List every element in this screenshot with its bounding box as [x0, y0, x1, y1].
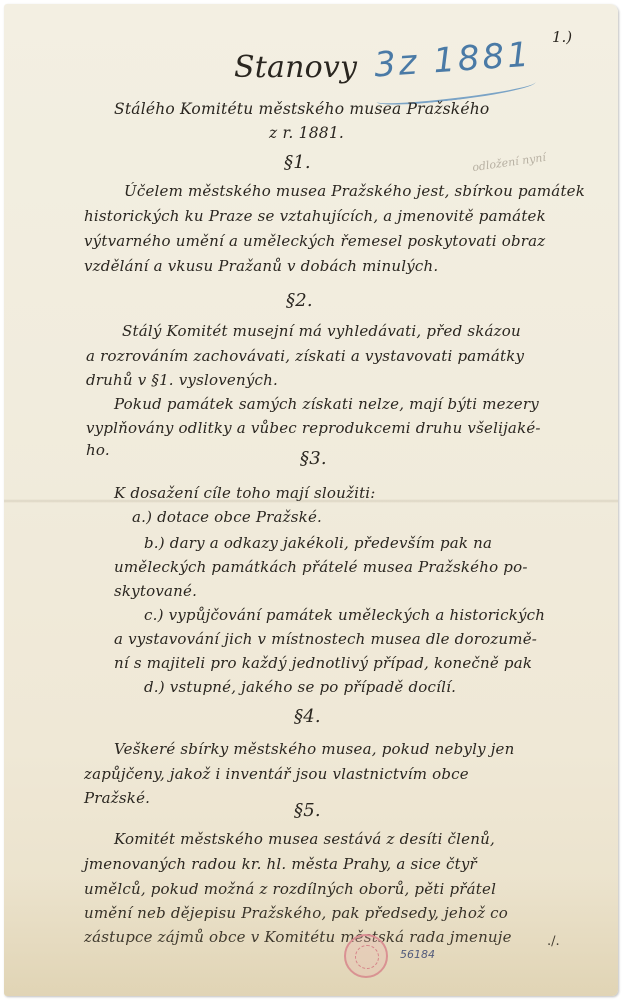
- section-3-line: b.) dary a odkazy jakékoli, především pa…: [144, 534, 492, 552]
- section-heading-2: §2.: [286, 290, 313, 311]
- section-2-line: a rozrováním zachovávati, získati a vyst…: [86, 347, 524, 365]
- document-year: z r. 1881.: [269, 124, 344, 142]
- section-4-line: Pražské.: [84, 789, 150, 807]
- section-5-line: zástupce zájmů obce v Komitétu městská r…: [84, 928, 512, 946]
- section-2-line: druhů v §1. vyslovených.: [86, 371, 278, 389]
- section-heading-4: §4.: [294, 706, 321, 727]
- section-4-line: zapůjčeny, jakož i inventář jsou vlastni…: [84, 765, 469, 783]
- section-5-line: Komitét městského musea sestává z desíti…: [114, 830, 495, 848]
- section-3-line: a vystavování jich v místnostech musea d…: [114, 630, 537, 648]
- page-number: 1.): [552, 28, 572, 46]
- document-subtitle: Stálého Komitétu městského musea Pražské…: [114, 100, 489, 118]
- section-5-line: umělců, pokud možná z rozdílných oborů, …: [84, 880, 496, 898]
- archive-number: 56184: [400, 948, 435, 961]
- stamp-emblem: [355, 945, 379, 969]
- section-2-line: Pokud památek samých získati nelze, mají…: [114, 395, 539, 413]
- section-3-line: K dosažení cíle toho mají sloužiti:: [114, 484, 376, 502]
- section-3-line: c.) vypůjčování památek uměleckých a his…: [144, 606, 545, 624]
- section-2-line: ho.: [86, 441, 110, 459]
- section-5-line: umění neb dějepisu Pražského, pak předse…: [84, 904, 508, 922]
- continuation-mark: ./.: [547, 934, 560, 949]
- section-3-line: uměleckých památkách přátelé musea Pražs…: [114, 558, 528, 576]
- pencil-annotation: odložení nyní: [471, 151, 546, 174]
- section-5-line: jmenovaných radou kr. hl. města Prahy, a…: [84, 855, 477, 873]
- section-4-line: Veškeré sbírky městského musea, pokud ne…: [114, 740, 515, 758]
- section-3-line: skytované.: [114, 582, 197, 600]
- section-2-line: vyplňovány odlitky a vůbec reprodukcemi …: [86, 419, 541, 437]
- section-2-line: Stálý Komitét musejní má vyhledávati, př…: [122, 322, 521, 340]
- section-1-line: Účelem městského musea Pražského jest, s…: [124, 182, 585, 200]
- section-heading-3: §3.: [300, 448, 327, 469]
- section-1-line: historických ku Praze se vztahujících, a…: [84, 207, 546, 225]
- section-heading-1: §1.: [284, 152, 311, 173]
- section-3-line: ní s majiteli pro každý jednotlivý přípa…: [114, 654, 532, 672]
- section-1-line: výtvarného umění a uměleckých řemesel po…: [84, 232, 545, 250]
- section-3-line: a.) dotace obce Pražské.: [132, 508, 322, 526]
- section-1-line: vzdělání a vkusu Pražanů v dobách minulý…: [84, 257, 438, 275]
- section-heading-5: §5.: [294, 800, 321, 821]
- document-title: Stanovy: [234, 50, 357, 85]
- document-page: 1.) 3z 1881 Stanovy Stálého Komitétu měs…: [4, 4, 618, 996]
- section-3-line: d.) vstupné, jakého se po případě docílí…: [144, 678, 456, 696]
- archive-stamp-icon: [344, 934, 388, 978]
